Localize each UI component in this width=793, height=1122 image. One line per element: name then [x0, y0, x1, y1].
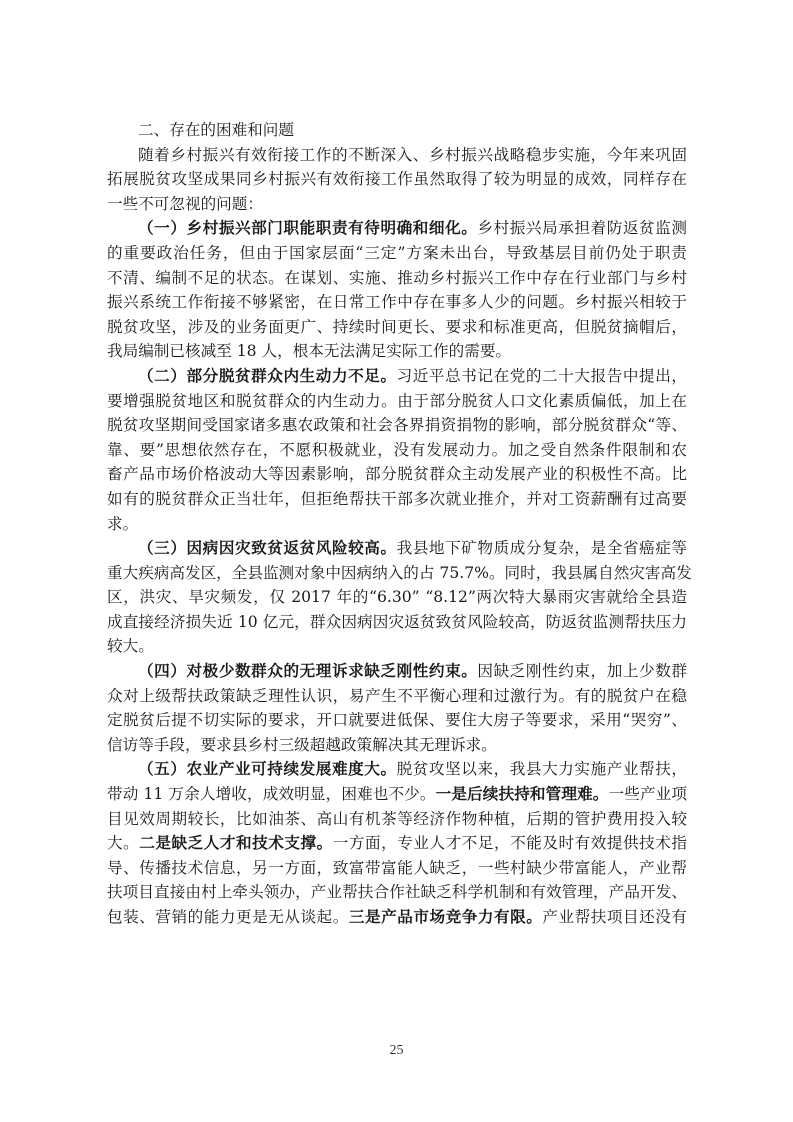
paragraph-2: （二）部分脱贫群众内生动力不足。习近平总书记在党的二十大报告中提出， 要增强脱贫… — [107, 364, 687, 536]
sub-point-2: 二是缺乏人才和技术支撑。 — [139, 834, 333, 852]
intro-paragraph: 随着乡村振兴有效衔接工作的不断深入、乡村振兴战略稳步实施，今年来巩固 拓展脱贫攻… — [107, 143, 687, 217]
paragraph-title: （四）对极少数群众的无理诉求缺乏刚性约束。 — [138, 662, 477, 680]
paragraph-title: （五）农业产业可持续发展难度大。 — [138, 760, 397, 778]
paragraph-title: （一）乡村振兴部门职能职责有待明确和细化。 — [138, 219, 477, 237]
section-heading: 二、存在的困难和问题 — [107, 118, 687, 143]
paragraph-title: （二）部分脱贫群众内生动力不足。 — [138, 367, 397, 385]
paragraph-title: （三）因病因灾致贫返贫风险较高。 — [138, 539, 397, 557]
sub-point-1: 一是后续扶持和管理难。 — [436, 785, 609, 803]
paragraph-1: （一）乡村振兴部门职能职责有待明确和细化。乡村振兴局承担着防返贫监测 的重要政治… — [107, 216, 687, 364]
paragraph-5: （五）农业产业可持续发展难度大。脱贫攻坚以来，我县大力实施产业帮扶， 带动 11… — [107, 757, 687, 929]
paragraph-3: （三）因病因灾致贫返贫风险较高。我县地下矿物质成分复杂，是全省癌症等 重大疾病高… — [107, 536, 687, 659]
paragraph-4: （四）对极少数群众的无理诉求缺乏刚性约束。因缺乏刚性约束，加上少数群 众对上级帮… — [107, 659, 687, 757]
page-number: 25 — [0, 1043, 793, 1059]
sub-point-3: 三是产品市场竞争力有限。 — [349, 908, 543, 926]
document-page: 二、存在的困难和问题 随着乡村振兴有效衔接工作的不断深入、乡村振兴战略稳步实施，… — [107, 118, 687, 930]
